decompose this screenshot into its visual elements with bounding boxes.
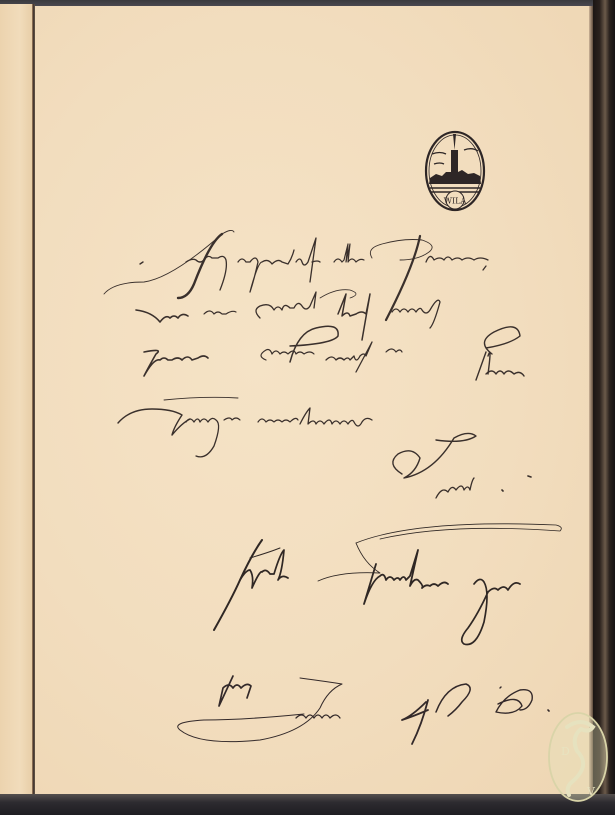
stamp-letter-v: V [586, 785, 596, 798]
handwritten-inscription [0, 0, 615, 815]
dealer-stamp-icon: D V [547, 711, 610, 803]
stamp-letter-d: D [561, 745, 570, 758]
